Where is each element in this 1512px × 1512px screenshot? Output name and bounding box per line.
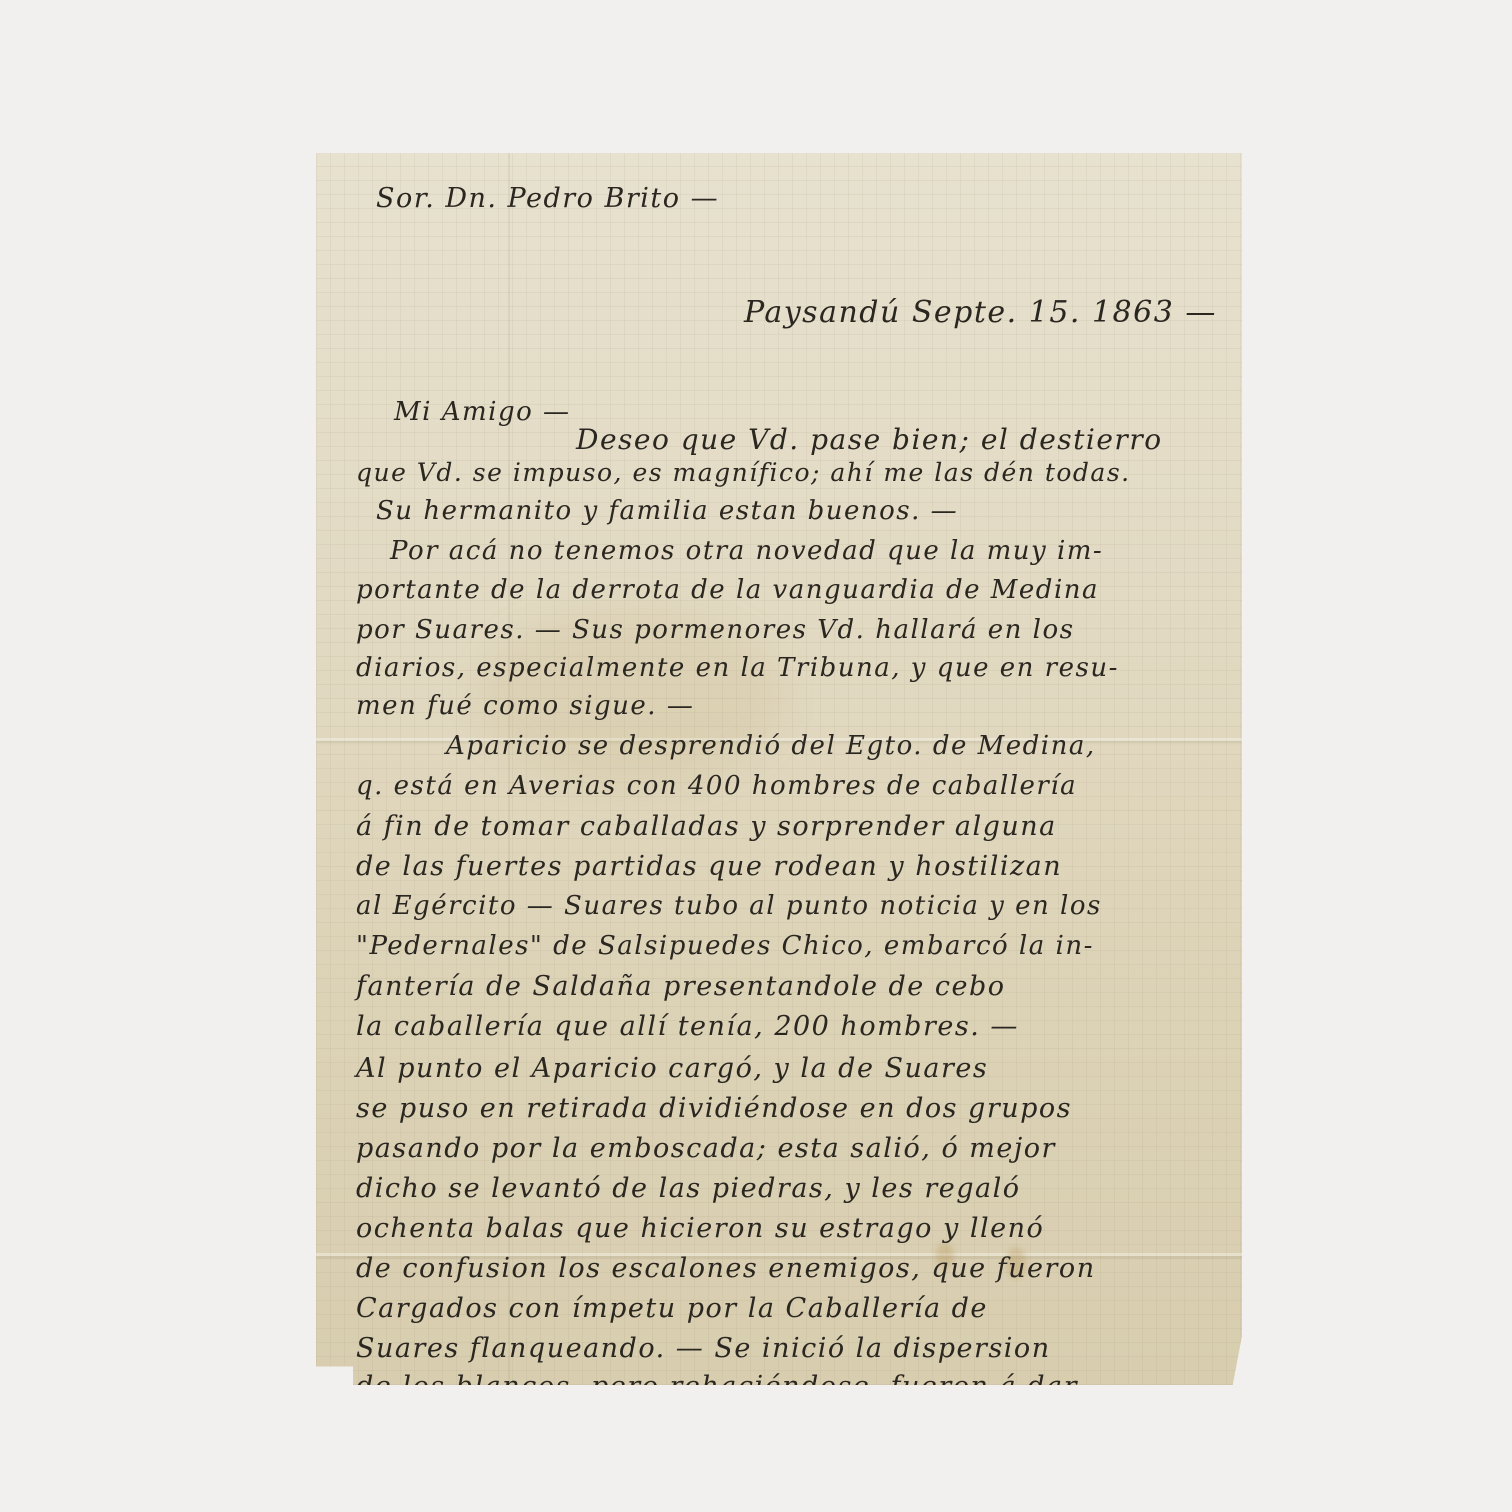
addressee: Sor. Dn. Pedro Brito — [376,183,1242,214]
body-line: se puso en retirada dividiéndose en dos … [356,1093,1242,1124]
body-line: Cargados con ímpetu por la Caballería de [356,1293,1242,1324]
body-line: de confusion los escalones enemigos, que… [356,1253,1242,1284]
body-line: otra carga. — la caballería de Suares vo… [356,1409,1242,1440]
body-line: fantería de Saldaña presentandole de ceb… [356,971,1242,1002]
body-line: de las fuertes partidas que rodean y hos… [356,851,1242,882]
body-line: Por acá no tenemos otra novedad que la m… [390,536,1242,566]
body-line: portante de la derrota de la vanguardia … [356,575,1242,605]
body-line: Al punto el Aparicio cargó, y la de Suar… [356,1053,1242,1084]
body-line: Suares flanqueando. — Se inició la dispe… [356,1333,1242,1364]
body-line: men fué como sigue. — [356,691,1242,721]
body-line: al Egército — Suares tubo al punto notic… [356,891,1242,921]
body-line: que Vd. se impuso, es magnífico; ahí me … [356,458,1242,487]
body-line: á fin de tomar caballadas y sorprender a… [356,811,1242,842]
body-line: de los blancos, pero rehaciéndose, fuero… [356,1371,1242,1402]
body-line: "Pedernales" de Salsipuedes Chico, embar… [356,931,1242,961]
body-line: ochenta balas que hicieron su estrago y … [356,1213,1242,1244]
body-line: Aparicio se desprendió del Egto. de Medi… [446,731,1242,761]
body-line: la caballería que allí tenía, 200 hombre… [356,1011,1242,1042]
body-line: por Suares. — Sus pormenores Vd. hallará… [356,615,1242,645]
body-line: dicho se levantó de las piedras, y les r… [356,1173,1242,1204]
body-line: diarios, especialmente en la Tribuna, y … [356,653,1242,683]
body-line: pasando por la emboscada; esta salió, ó … [356,1133,1242,1164]
body-line: Deseo que Vd. pase bien; el destierro [576,423,1242,456]
body-line: Su hermanito y familia estan buenos. — [376,496,1242,526]
letter-paper: Sor. Dn. Pedro Brito — Paysandú Septe. 1… [316,153,1242,1385]
dateline: Paysandú Septe. 15. 1863 — [744,295,1242,330]
body-line: q. está en Averias con 400 hombres de ca… [356,771,1242,801]
